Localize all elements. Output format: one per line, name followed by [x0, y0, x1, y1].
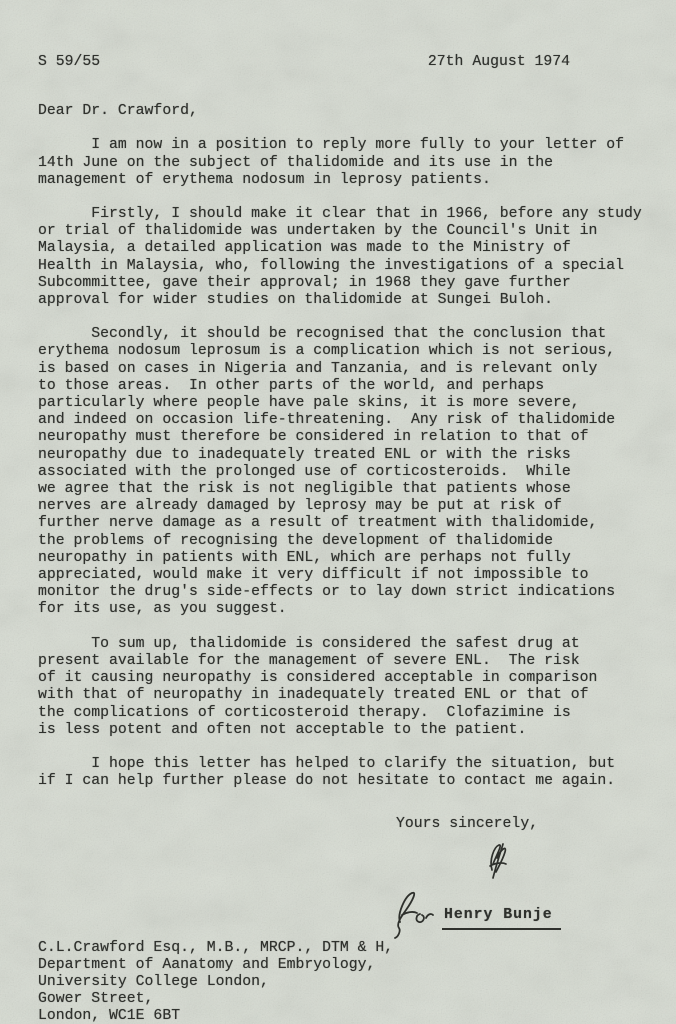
letter-page: S 59/55 27th August 1974 Dear Dr. Crawfo… — [0, 0, 676, 1024]
paragraph-2: Firstly, I should make it clear that in … — [38, 206, 658, 309]
handwritten-for-icon — [388, 888, 434, 940]
signatory-name: Henry Bunje — [442, 907, 561, 929]
recipient-address: C.L.Crawford Esq., M.B., MRCP., DTM & H,… — [38, 940, 658, 1024]
letter-reference: S 59/55 — [38, 54, 100, 71]
paragraph-3: Secondly, it should be recognised that t… — [38, 326, 658, 618]
letter-header: S 59/55 27th August 1974 — [38, 54, 658, 71]
letter-date: 27th August 1974 — [428, 54, 570, 71]
signature-name-row: Henry Bunje — [388, 878, 561, 930]
closing: Yours sincerely, — [396, 816, 658, 833]
letter-content: S 59/55 27th August 1974 Dear Dr. Crawfo… — [0, 0, 676, 1024]
paragraph-4: To sum up, thalidomide is considered the… — [38, 636, 658, 739]
paragraph-1: I am now in a position to reply more ful… — [38, 137, 658, 189]
paragraph-5: I hope this letter has helped to clarify… — [38, 756, 658, 790]
salutation: Dear Dr. Crawford, — [38, 103, 658, 120]
signature-block: Henry Bunje — [358, 840, 658, 918]
